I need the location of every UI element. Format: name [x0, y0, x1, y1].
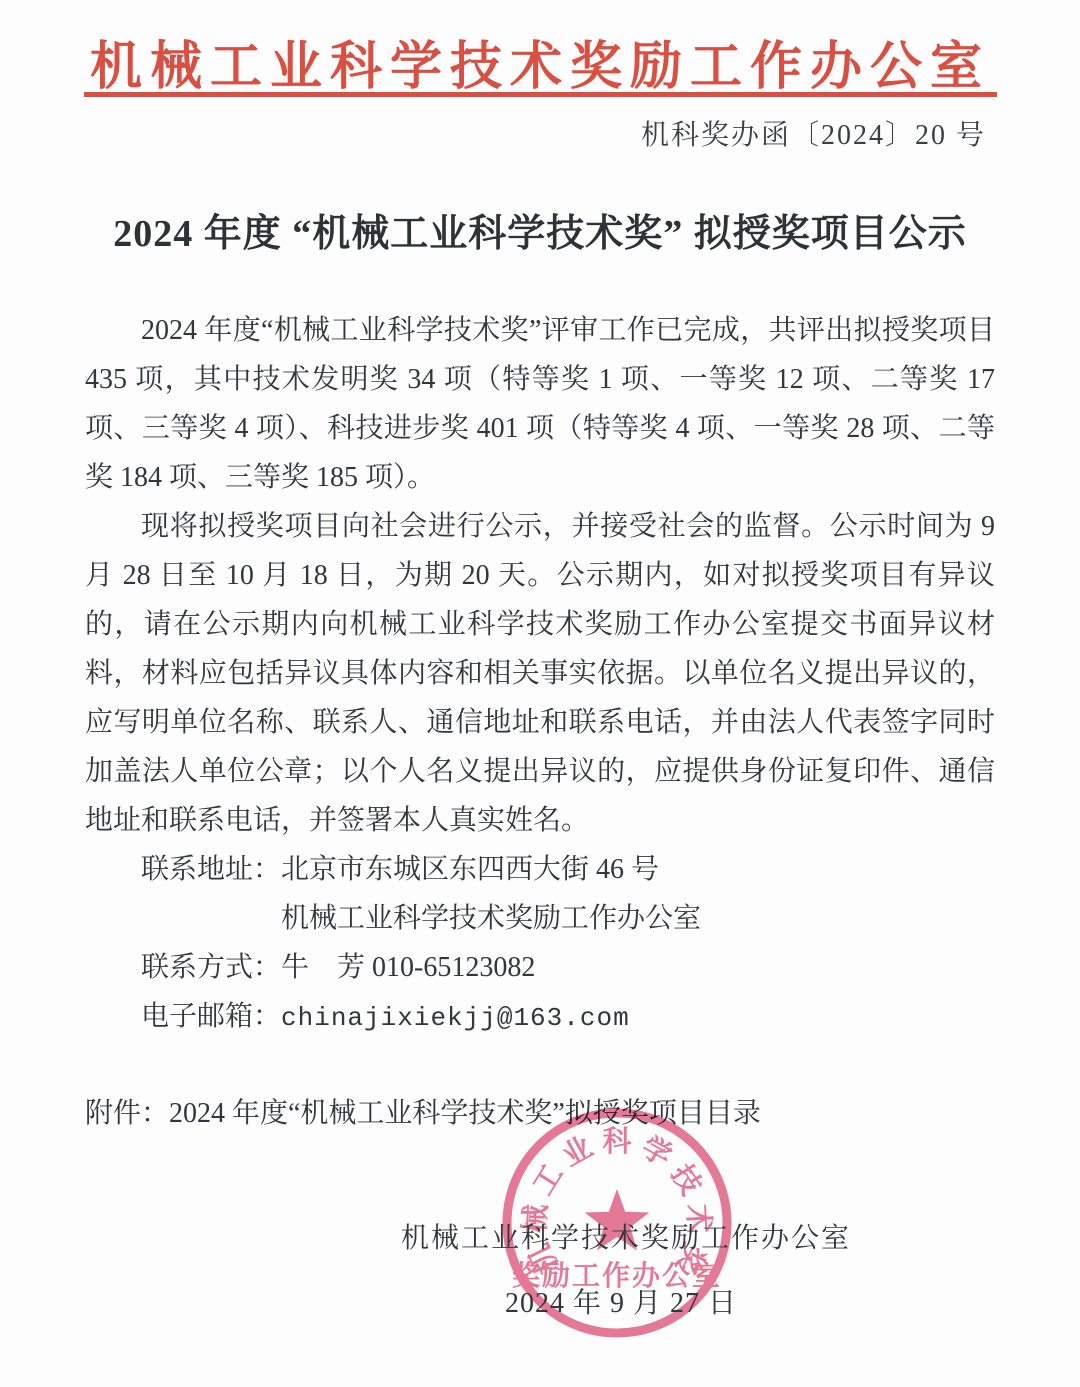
contact-address-row: 联系地址：北京市东城区东四西大街 46 号 — [85, 845, 995, 894]
contact-email-row: 电子邮箱：chinajixiekjj@163.com — [85, 992, 995, 1043]
contact-phone-value: 牛 芳 010-65123082 — [281, 952, 535, 983]
contact-address-label: 联系地址： — [141, 854, 281, 885]
signature-org: 机械工业科学技术奖励工作办公室 — [401, 1216, 851, 1256]
contact-email-label: 电子邮箱： — [141, 1001, 281, 1032]
contact-phone-label: 联系方式： — [141, 952, 281, 983]
contact-phone-row: 联系方式：牛 芳 010-65123082 — [85, 943, 995, 992]
contact-address-line2: 机械工业科学技术奖励工作办公室 — [85, 894, 995, 943]
contact-address-value: 北京市东城区东四西大街 46 号 — [281, 854, 659, 885]
paragraph-publicity-notice: 现将拟授奖项目向社会进行公示，并接受社会的监督。公示时间为 9 月 28 日至 … — [85, 502, 995, 845]
doc-number: 机科奖办函〔2024〕20 号 — [641, 113, 986, 153]
document-title: 2024 年度 “机械工业科学技术奖” 拟授奖项目公示 — [0, 202, 1080, 257]
official-letter-page: 机械工业科学技术奖励工作办公室 机科奖办函〔2024〕20 号 2024 年度 … — [0, 0, 1080, 1387]
letterhead-divider — [84, 92, 997, 97]
signature-date: 2024 年 9 月 27 日 — [505, 1281, 737, 1321]
svg-text:技: 技 — [664, 1159, 707, 1201]
svg-text:工: 工 — [527, 1159, 570, 1201]
letterhead-org-name: 机械工业科学技术奖励工作办公室 — [0, 24, 1080, 99]
document-body: 2024 年度“机械工业科学技术奖”评审工作已完成，共评出拟授奖项目 435 项… — [85, 306, 995, 1138]
paragraph-award-summary: 2024 年度“机械工业科学技术奖”评审工作已完成，共评出拟授奖项目 435 项… — [85, 306, 995, 502]
contact-email-value: chinajixiekjj@163.com — [281, 1003, 630, 1033]
attachment-line: 附件：2024 年度“机械工业科学技术奖”拟授奖项目目录 — [85, 1089, 995, 1138]
